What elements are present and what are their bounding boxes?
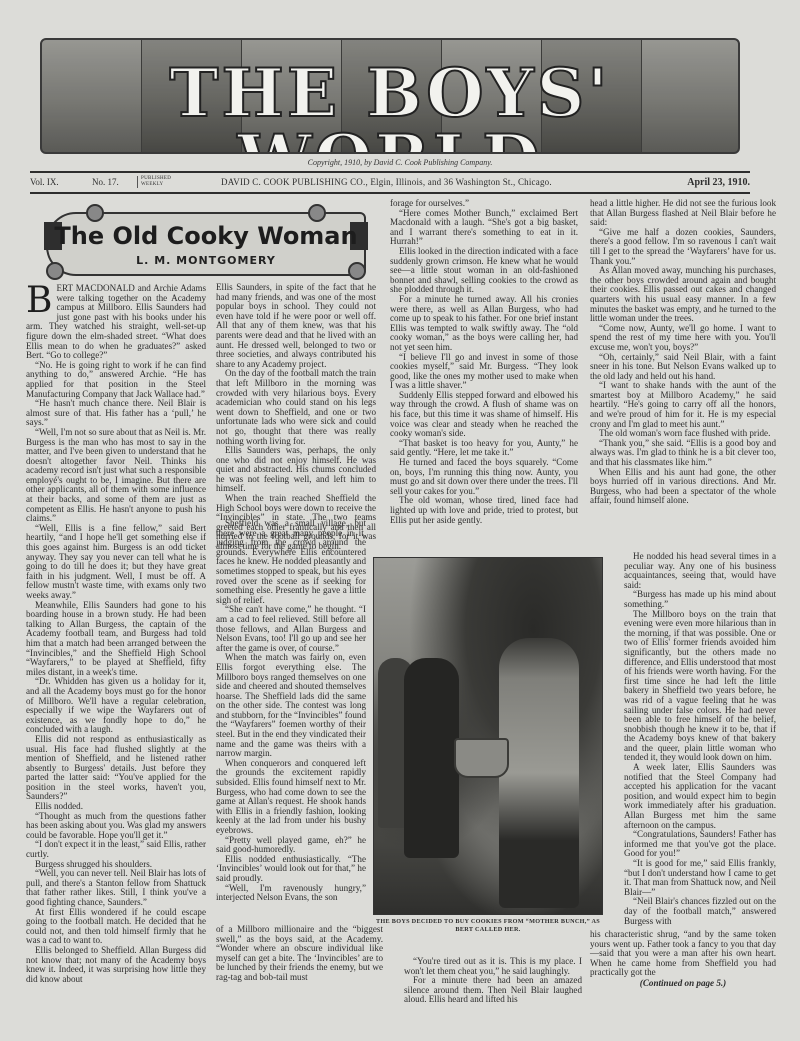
paragraph: “He hasn't much chance there. Neil Blair… (26, 399, 206, 428)
paragraph: “Here comes Mother Bunch,” exclaimed Ber… (390, 209, 578, 247)
paragraph: Sheffield was a small village, but there… (216, 519, 366, 605)
masthead-banner: THE BOYS' WORLD (40, 38, 740, 154)
publisher-line: DAVID C. COOK PUBLISHING CO., Elgin, Ill… (221, 177, 687, 187)
paragraph: “Well, I'm ravenously hungry,” interject… (216, 884, 366, 903)
issue-info-bar: Vol. IX. No. 17. PUBLISHED WEEKLY DAVID … (30, 174, 750, 190)
paragraph: “Give me half a dozen cookies, Saunders,… (590, 228, 776, 266)
frequency-line2: WEEKLY (141, 182, 163, 187)
paragraph: When Ellis and his aunt had gone, the ot… (590, 468, 776, 506)
paragraph: Ellis Saunders was, perhaps, the only on… (216, 446, 376, 494)
paragraph: A week later, Ellis Saunders was notifie… (624, 763, 776, 830)
article-column-1: BERT MACDONALD and Archie Adams were tal… (26, 284, 206, 984)
paragraph: “Burgess has made up his mind about some… (624, 590, 776, 609)
divider (30, 192, 750, 194)
paragraph: For a minute there had been an amazed si… (404, 976, 582, 1005)
old-woman-figure-icon (499, 638, 579, 908)
article-column-2: Ellis Saunders, in spite of the fact tha… (216, 283, 376, 552)
paragraph: “Congratulations, Saunders! Father has i… (624, 830, 776, 859)
story-author: L. M. MONTGOMERY (48, 254, 364, 267)
issue-number: No. 17. (92, 177, 137, 187)
paragraph: “Well, you can never tell. Neil Blair ha… (26, 869, 206, 907)
story-title-box: The Old Cooky Woman L. M. MONTGOMERY (46, 212, 366, 276)
paragraph: Meanwhile, Ellis Saunders had gone to hi… (26, 601, 206, 678)
paragraph: On the day of the football match the tra… (216, 369, 376, 446)
story-illustration (373, 557, 603, 915)
paragraph: “That basket is too heavy for you, Aunty… (390, 439, 578, 458)
paragraph: “Thank you,” she said. “Ellis is a good … (590, 439, 776, 468)
paragraph: “Well, I'm not so sure about that as Nei… (26, 428, 206, 524)
paragraph: “You're tired out as it is. This is my p… (404, 957, 582, 976)
article-column-4-bottom: his characteristic shrug, “and by the sa… (590, 930, 776, 989)
frequency-line1: PUBLISHED (141, 176, 171, 181)
paragraph: Ellis nodded enthusiastically. “The ‘Inv… (216, 855, 366, 884)
paragraph: “She can't have come,” he thought. “I am… (216, 605, 366, 653)
paragraph: He nodded his head several times in a pe… (624, 552, 776, 590)
paragraph: head a little higher. He did not see the… (590, 199, 776, 228)
paragraph: Ellis did not respond as enthusiasticall… (26, 735, 206, 802)
paragraph: “Thought as much from the questions fath… (26, 812, 206, 841)
paragraph: of a Millboro millionaire and the “bigge… (216, 925, 383, 983)
paragraph: When the match was fairly on, even Ellis… (216, 653, 366, 759)
paragraph: BERT MACDONALD and Archie Adams were tal… (26, 284, 206, 361)
article-column-2-bottom: of a Millboro millionaire and the “bigge… (216, 925, 383, 983)
paragraph: “I don't expect it in the least,” said E… (26, 840, 206, 859)
paragraph: “I want to shake hands with the aunt of … (590, 381, 776, 429)
article-column-3-bottom: “You're tired out as it is. This is my p… (404, 957, 582, 1005)
paragraph: He turned and faced the boys squarely. “… (390, 458, 578, 496)
paragraph: Suddenly Ellis stepped forward and elbow… (390, 391, 578, 439)
illustration-caption: THE BOYS DECIDED TO BUY COOKIES FROM “MO… (373, 918, 603, 934)
article-column-3: forage for ourselves.” “Here comes Mothe… (390, 199, 578, 525)
paragraph: “Well, Ellis is a fine fellow,” said Ber… (26, 524, 206, 601)
paragraph: Ellis Saunders, in spite of the fact tha… (216, 283, 376, 369)
volume-label: Vol. IX. (30, 177, 92, 187)
drop-cap: B (26, 286, 52, 316)
paragraph: “No. He is going right to work if he can… (26, 361, 206, 399)
paragraph: “It is good for me,” said Ellis frankly,… (624, 859, 776, 897)
newspaper-page: THE BOYS' WORLD Copyright, 1910, by Davi… (0, 0, 800, 1041)
paragraph: Ellis looked in the direction indicated … (390, 247, 578, 295)
paragraph: When conquerors and conquered left the g… (216, 759, 366, 836)
paragraph: The Millboro boys on the train that even… (624, 610, 776, 764)
paragraph: Ellis belonged to Sheffield. Allan Burge… (26, 946, 206, 984)
article-column-4-inset: He nodded his head several times in a pe… (624, 552, 776, 926)
paragraph: At first Ellis wondered if he could esca… (26, 908, 206, 946)
paragraph: “Neil Blair's chances fizzled out on the… (624, 897, 776, 926)
article-column-2-continued: Sheffield was a small village, but there… (216, 519, 366, 903)
continued-link[interactable]: (Continued on page 5.) (590, 979, 776, 989)
paragraph: For a minute he turned away. All his cro… (390, 295, 578, 353)
issue-date: April 23, 1910. (687, 177, 750, 188)
divider (30, 171, 750, 173)
paragraph: “I believe I'll go and invest in some of… (390, 353, 578, 391)
basket-icon (454, 738, 509, 778)
paragraph: “Dr. Whidden has given us a holiday for … (26, 677, 206, 735)
ornament-flower-icon (308, 204, 326, 222)
publication-frequency: PUBLISHED WEEKLY (137, 176, 221, 188)
paragraph: “Pretty well played game, eh?” he said g… (216, 836, 366, 855)
story-title: The Old Cooky Woman (48, 222, 364, 250)
article-column-4: head a little higher. He did not see the… (590, 199, 776, 506)
paragraph: The old woman, whose tired, lined face h… (390, 496, 578, 525)
copyright-notice: Copyright, 1910, by David C. Cook Publis… (0, 158, 800, 167)
paragraph: “Oh, certainly,” said Neil Blair, with a… (590, 353, 776, 382)
paragraph: “Come now, Aunty, we'll go home. I want … (590, 324, 776, 353)
ornament-flower-icon (86, 204, 104, 222)
boy-figure-icon (404, 658, 459, 858)
paragraph: As Allan moved away, munching his purcha… (590, 266, 776, 324)
masthead-title: THE BOYS' WORLD (42, 60, 738, 154)
paragraph: his characteristic shrug, “and by the sa… (590, 930, 776, 978)
